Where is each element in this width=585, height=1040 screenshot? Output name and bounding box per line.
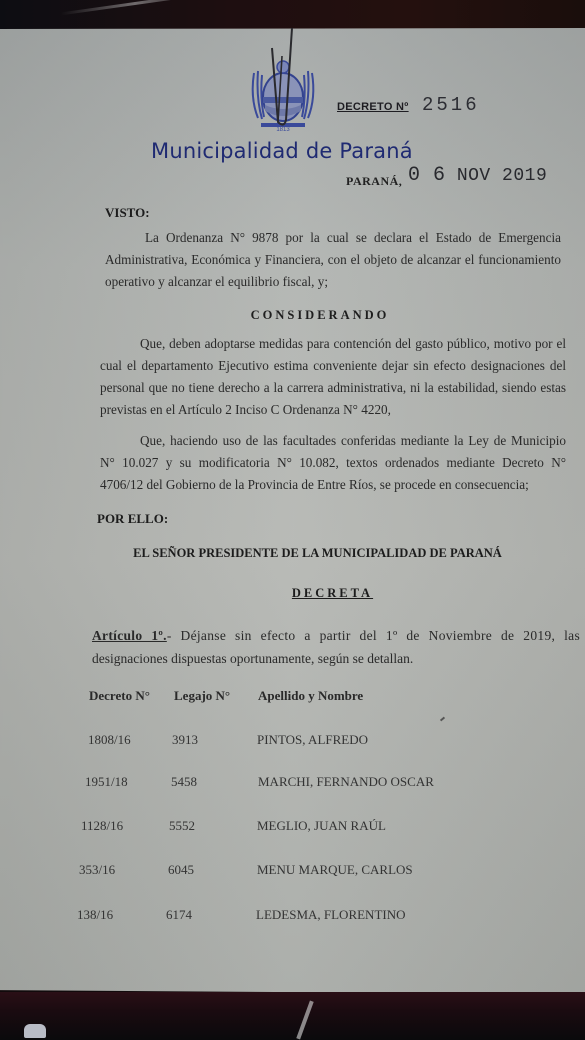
visto-text: La Ordenanza N° 9878 por la cual se decl… xyxy=(105,230,561,289)
cell-nombre: LEDESMA, FLORENTINO xyxy=(256,907,406,923)
light-glare xyxy=(296,1001,313,1040)
cell-nombre: MEGLIO, JUAN RAÚL xyxy=(257,818,386,834)
visto-heading: VISTO: xyxy=(105,205,150,221)
article-1-line-1: Artículo 1º.- Déjanse sin efecto a parti… xyxy=(92,624,580,647)
decreta-heading: DECRETA xyxy=(0,586,585,601)
cell-decreto: 1951/18 xyxy=(85,774,128,790)
visto-paragraph: La Ordenanza N° 9878 por la cual se decl… xyxy=(105,227,561,293)
cell-nombre: PINTOS, ALFREDO xyxy=(257,732,368,748)
article-1-label: Artículo 1º. xyxy=(92,628,167,643)
cell-decreto: 1128/16 xyxy=(81,818,123,834)
date-month-year: NOV 2019 xyxy=(457,166,547,186)
considerando-text-2: Que, haciendo uso de las facultades conf… xyxy=(100,433,566,492)
column-header-legajo: Legajo N° xyxy=(174,688,230,704)
considerando-text-1: Que, deben adoptarse medidas para conten… xyxy=(100,336,566,417)
considerando-paragraph-1: Que, deben adoptarse medidas para conten… xyxy=(100,333,566,421)
cell-legajo: 6174 xyxy=(166,907,192,923)
cell-legajo: 3913 xyxy=(172,732,198,748)
cell-decreto: 138/16 xyxy=(77,907,113,923)
decree-label: DECRETO Nº xyxy=(337,101,409,113)
por-ello-heading: POR ELLO: xyxy=(97,511,168,527)
cell-legajo: 5458 xyxy=(171,774,197,790)
cell-legajo: 6045 xyxy=(168,862,194,878)
date-day: 0 6 xyxy=(408,164,446,187)
cell-nombre: MENU MARQUE, CARLOS xyxy=(257,862,413,878)
date-stamp: 0 6 NOV 2019 xyxy=(408,164,547,187)
article-1: Artículo 1º.- Déjanse sin efecto a parti… xyxy=(92,624,580,670)
paper-clip-icon xyxy=(268,28,300,128)
cell-legajo: 5552 xyxy=(169,818,195,834)
considerando-paragraph-2: Que, haciendo uso de las facultades conf… xyxy=(100,430,566,496)
place-label: PARANÁ, xyxy=(346,174,402,189)
column-header-decreto: Decreto N° xyxy=(89,688,150,704)
cell-nombre: MARCHI, FERNANDO OSCAR xyxy=(258,774,434,790)
background-bottom xyxy=(0,992,585,1040)
cell-decreto: 1808/16 xyxy=(88,732,131,748)
considerando-heading: CONSIDERANDO xyxy=(0,308,585,323)
light-glare xyxy=(61,0,210,15)
institution-title: Municipalidad de Paraná xyxy=(151,139,413,163)
column-header-nombre: Apellido y Nombre xyxy=(258,688,363,704)
background-object xyxy=(24,1024,46,1038)
cell-decreto: 353/16 xyxy=(79,862,115,878)
article-1-line-2: designaciones dispuestas oportunamente, … xyxy=(92,651,413,666)
president-heading: EL SEÑOR PRESIDENTE DE LA MUNICIPALIDAD … xyxy=(0,546,585,561)
decree-number: 2516 xyxy=(422,94,480,116)
article-1-text-1: - Déjanse sin efecto a partir del 1º de … xyxy=(167,628,580,643)
